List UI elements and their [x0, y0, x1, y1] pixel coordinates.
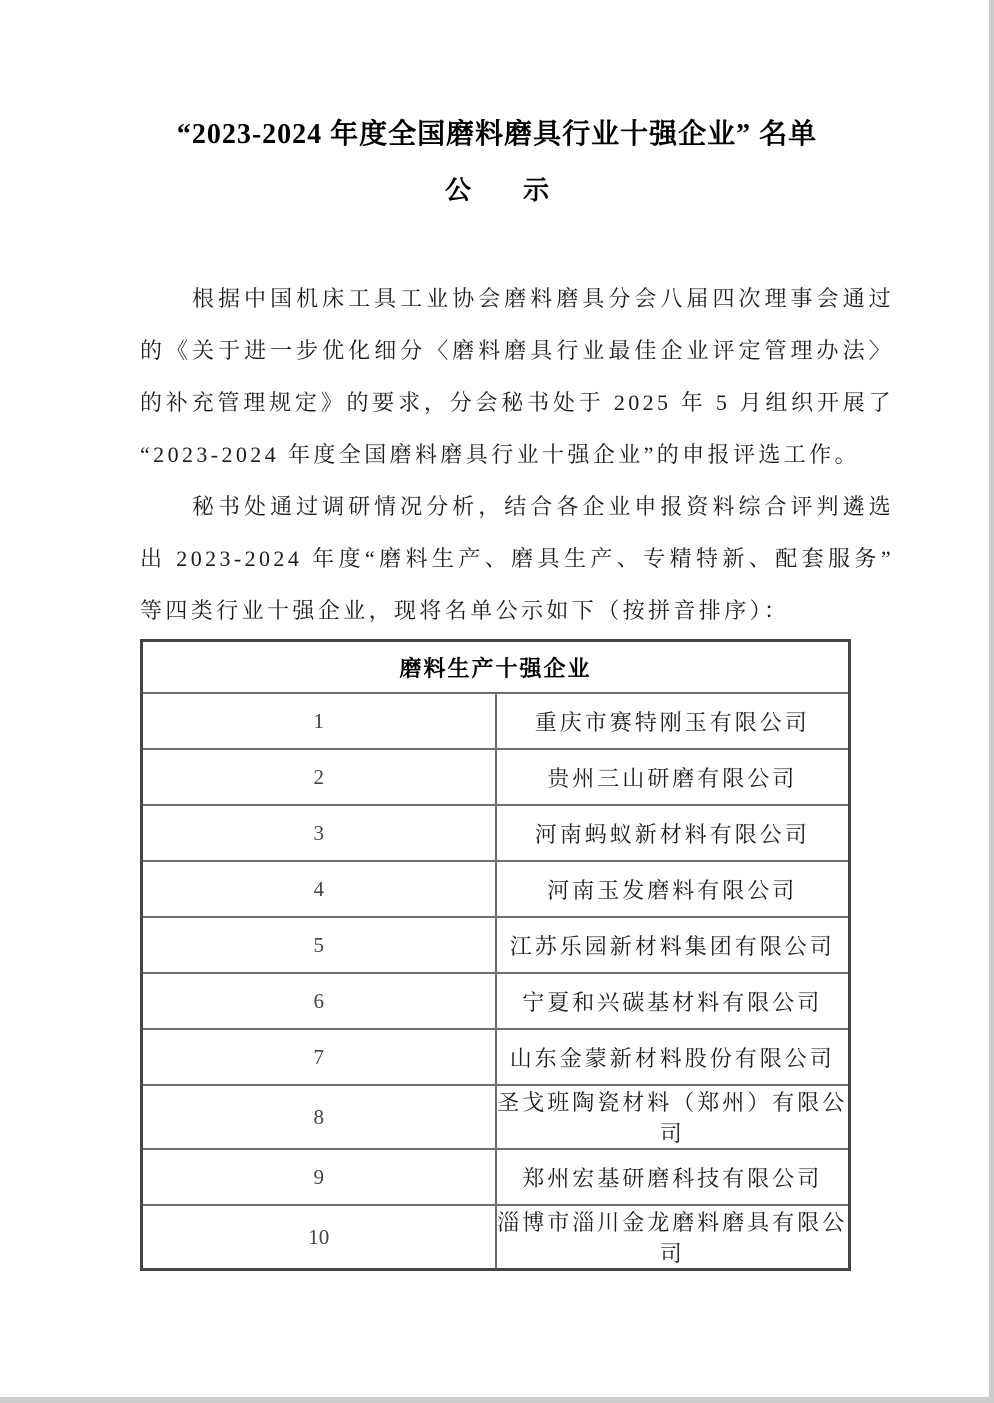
rank-cell: 10 [142, 1205, 496, 1270]
page-right-edge [989, 0, 994, 1403]
rank-cell: 1 [142, 693, 496, 749]
rank-cell: 6 [142, 973, 496, 1029]
top10-table: 磨料生产十强企业 1 重庆市赛特刚玉有限公司 2 贵州三山研磨有限公司 3 河南… [140, 639, 851, 1271]
company-cell: 山东金蒙新材料股份有限公司 [496, 1029, 850, 1085]
page-title: “2023-2024 年度全国磨料磨具行业十强企业” 名单 [70, 115, 924, 155]
table-header-row: 磨料生产十强企业 [142, 641, 850, 694]
company-cell: 郑州宏基研磨科技有限公司 [496, 1149, 850, 1205]
table-title: 磨料生产十强企业 [142, 641, 850, 694]
paragraph-1: 根据中国机床工具工业协会磨料磨具分会八届四次理事会通过的《关于进一步优化细分〈磨… [140, 273, 894, 481]
company-cell: 贵州三山研磨有限公司 [496, 749, 850, 805]
rank-cell: 5 [142, 917, 496, 973]
table-row: 7 山东金蒙新材料股份有限公司 [142, 1029, 850, 1085]
rank-cell: 2 [142, 749, 496, 805]
table-row: 3 河南蚂蚁新材料有限公司 [142, 805, 850, 861]
table-row: 4 河南玉发磨料有限公司 [142, 861, 850, 917]
table-body: 1 重庆市赛特刚玉有限公司 2 贵州三山研磨有限公司 3 河南蚂蚁新材料有限公司… [142, 693, 850, 1270]
table-row: 8 圣戈班陶瓷材料（郑州）有限公司 [142, 1085, 850, 1149]
table-row: 2 贵州三山研磨有限公司 [142, 749, 850, 805]
rank-cell: 8 [142, 1085, 496, 1149]
company-cell: 江苏乐园新材料集团有限公司 [496, 917, 850, 973]
company-cell: 圣戈班陶瓷材料（郑州）有限公司 [496, 1085, 850, 1149]
table-row: 10 淄博市淄川金龙磨料磨具有限公司 [142, 1205, 850, 1270]
company-cell: 重庆市赛特刚玉有限公司 [496, 693, 850, 749]
company-cell: 河南玉发磨料有限公司 [496, 861, 850, 917]
company-cell: 河南蚂蚁新材料有限公司 [496, 805, 850, 861]
company-cell: 淄博市淄川金龙磨料磨具有限公司 [496, 1205, 850, 1270]
rank-cell: 4 [142, 861, 496, 917]
paragraph-2: 秘书处通过调研情况分析，结合各企业申报资料综合评判遴选出 2023-2024 年… [140, 481, 894, 637]
rank-cell: 9 [142, 1149, 496, 1205]
page-bottom-edge [0, 1397, 994, 1403]
company-cell: 宁夏和兴碳基材料有限公司 [496, 973, 850, 1029]
page-subtitle: 公 示 [0, 171, 994, 211]
table-row: 6 宁夏和兴碳基材料有限公司 [142, 973, 850, 1029]
document-page: “2023-2024 年度全国磨料磨具行业十强企业” 名单 公 示 根据中国机床… [0, 0, 994, 1403]
table-row: 9 郑州宏基研磨科技有限公司 [142, 1149, 850, 1205]
table-row: 1 重庆市赛特刚玉有限公司 [142, 693, 850, 749]
rank-cell: 7 [142, 1029, 496, 1085]
rank-cell: 3 [142, 805, 496, 861]
table-row: 5 江苏乐园新材料集团有限公司 [142, 917, 850, 973]
